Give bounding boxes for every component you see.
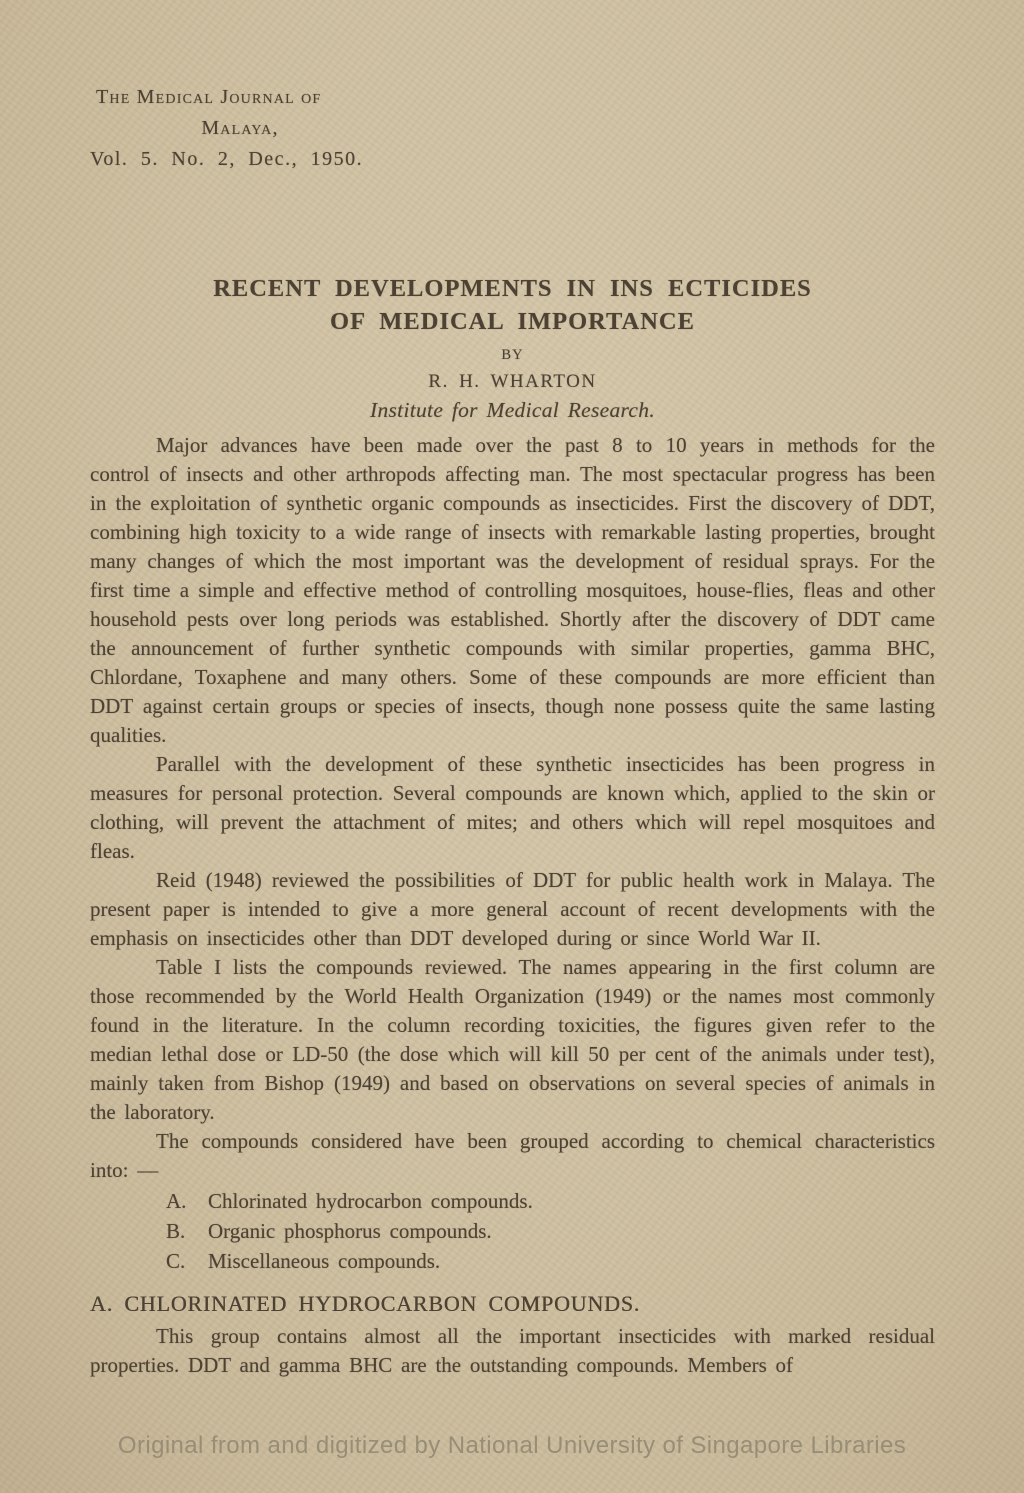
article-title-line1: RECENT DEVELOPMENTS IN INS ECTICIDES xyxy=(213,275,812,302)
section-a-paragraph: This group contains almost all the impor… xyxy=(90,1322,935,1380)
journal-name-line2: Malaya, xyxy=(90,113,390,144)
paragraph-grouping-intro: The compounds considered have been group… xyxy=(90,1127,935,1185)
section-a-heading: A. CHLORINATED HYDROCARBON COMPOUNDS. xyxy=(90,1289,935,1318)
author-affiliation: Institute for Medical Research. xyxy=(90,398,935,423)
digitization-watermark: Original from and digitized by National … xyxy=(0,1432,1024,1460)
journal-name-line1: The Medical Journal of xyxy=(90,82,470,113)
article-title-line2: OF MEDICAL IMPORTANCE xyxy=(330,308,695,335)
list-item-group-a: A.Chlorinated hydrocarbon compounds. xyxy=(166,1186,935,1216)
author-name: R. H. WHARTON xyxy=(90,371,935,393)
compound-group-list: A.Chlorinated hydrocarbon compounds. B.O… xyxy=(90,1186,935,1276)
volume-issue-date: Vol. 5. No. 2, Dec., 1950. xyxy=(90,144,470,175)
group-b-text: Organic phosphorus compounds. xyxy=(208,1219,492,1243)
group-a-label: A. xyxy=(166,1186,208,1216)
paragraph-personal-protection: Parallel with the development of these s… xyxy=(90,750,935,866)
article-title-block: RECENT DEVELOPMENTS IN INS ECTICIDES OF … xyxy=(90,272,935,423)
paragraph-intro: Major advances have been made over the p… xyxy=(90,431,935,750)
paragraph-table-1: Table I lists the compounds reviewed. Th… xyxy=(90,953,935,1127)
group-c-label: C. xyxy=(166,1246,208,1276)
journal-masthead: The Medical Journal of Malaya, Vol. 5. N… xyxy=(90,82,470,175)
paragraph-reid-review: Reid (1948) reviewed the possibilities o… xyxy=(90,866,935,953)
group-b-label: B. xyxy=(166,1216,208,1246)
byline-label: BY xyxy=(90,347,935,364)
list-item-group-b: B.Organic phosphorus compounds. xyxy=(166,1216,935,1246)
group-a-text: Chlorinated hydrocarbon compounds. xyxy=(208,1189,533,1213)
article-title: RECENT DEVELOPMENTS IN INS ECTICIDES OF … xyxy=(90,272,935,338)
group-c-text: Miscellaneous compounds. xyxy=(208,1249,440,1273)
list-item-group-c: C.Miscellaneous compounds. xyxy=(166,1246,935,1276)
article-body: Major advances have been made over the p… xyxy=(90,431,935,1380)
scanned-journal-page: The Medical Journal of Malaya, Vol. 5. N… xyxy=(0,0,1024,1493)
